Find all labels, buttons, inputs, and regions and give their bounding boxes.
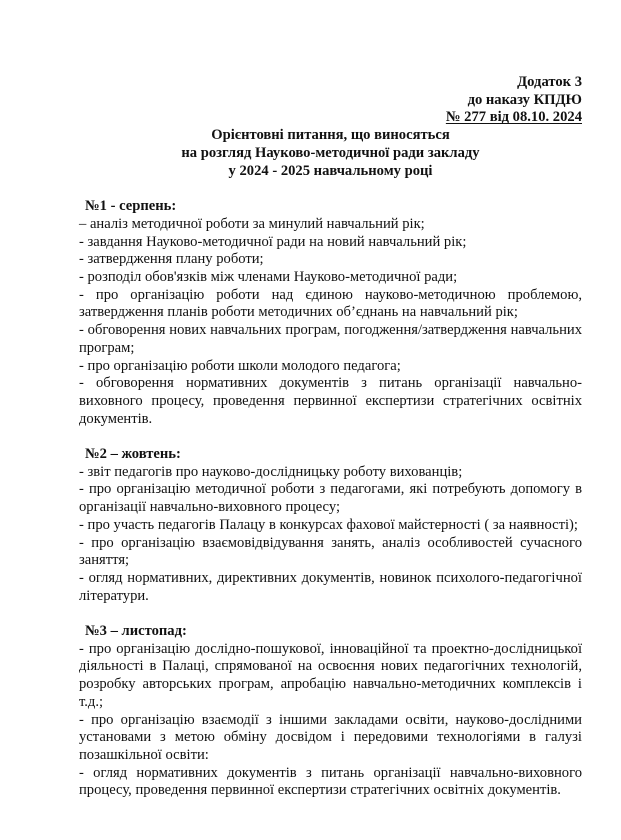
list-item: – аналіз методичної роботи за минулий на… [79,216,582,234]
annex-order-ref: до наказу КПДЮ [79,92,582,110]
section-heading: №1 - серпень: [79,198,582,216]
section-heading: №2 – жовтень: [79,446,582,464]
list-item: - звіт педагогів про науково-дослідницьк… [79,464,582,482]
list-item: - про організацію роботи над єдиною наук… [79,287,582,322]
section-1: №1 - серпень:– аналіз методичної роботи … [79,198,582,428]
section-3: №3 – листопад: - про організацію дослідн… [79,623,582,800]
section-gap [79,428,582,446]
annex-order-number: № 277 від 08.10. 2024 [79,109,582,127]
list-item: - завдання Науково-методичної ради на но… [79,234,582,252]
annex-order-number-text: № 277 від 08.10. 2024 [446,109,582,125]
list-item: - обговорення нормативних документів з п… [79,375,582,428]
annex-block: Додаток 3 до наказу КПДЮ № 277 від 08.10… [79,74,582,127]
annex-title: Додаток 3 [79,74,582,92]
list-item: - про організацію дослідно-пошукової, ін… [79,641,582,712]
list-item: - розподіл обов'язків між членами Науков… [79,269,582,287]
spacer [79,180,582,198]
list-item: - про організацію роботи школи молодого … [79,358,582,376]
section-heading: №3 – листопад: [79,623,582,641]
list-item: - про організацію методичної роботи з пе… [79,481,582,516]
list-item: - про участь педагогів Палацу в конкурса… [79,517,582,535]
document-page: Додаток 3 до наказу КПДЮ № 277 від 08.10… [0,0,621,840]
list-item: - обговорення нових навчальних програм, … [79,322,582,357]
section-gap [79,605,582,623]
list-item: - огляд нормативних, директивних докумен… [79,570,582,605]
document-title: Орієнтовні питання, що виносяться на роз… [79,127,582,180]
title-line-2: на розгляд Науково-методичної ради закла… [79,145,582,163]
title-line-1: Орієнтовні питання, що виносяться [79,127,582,145]
list-item: - про організацію взаємовідвідування зан… [79,535,582,570]
sections-container: №1 - серпень:– аналіз методичної роботи … [79,198,582,800]
list-item: - огляд нормативних документів з питань … [79,765,582,800]
section-2: №2 – жовтень: - звіт педагогів про науко… [79,446,582,605]
list-item: - затвердження плану роботи; [79,251,582,269]
list-item: - про організацію взаємодії з іншими зак… [79,712,582,765]
title-line-3: у 2024 - 2025 навчальному році [79,163,582,181]
